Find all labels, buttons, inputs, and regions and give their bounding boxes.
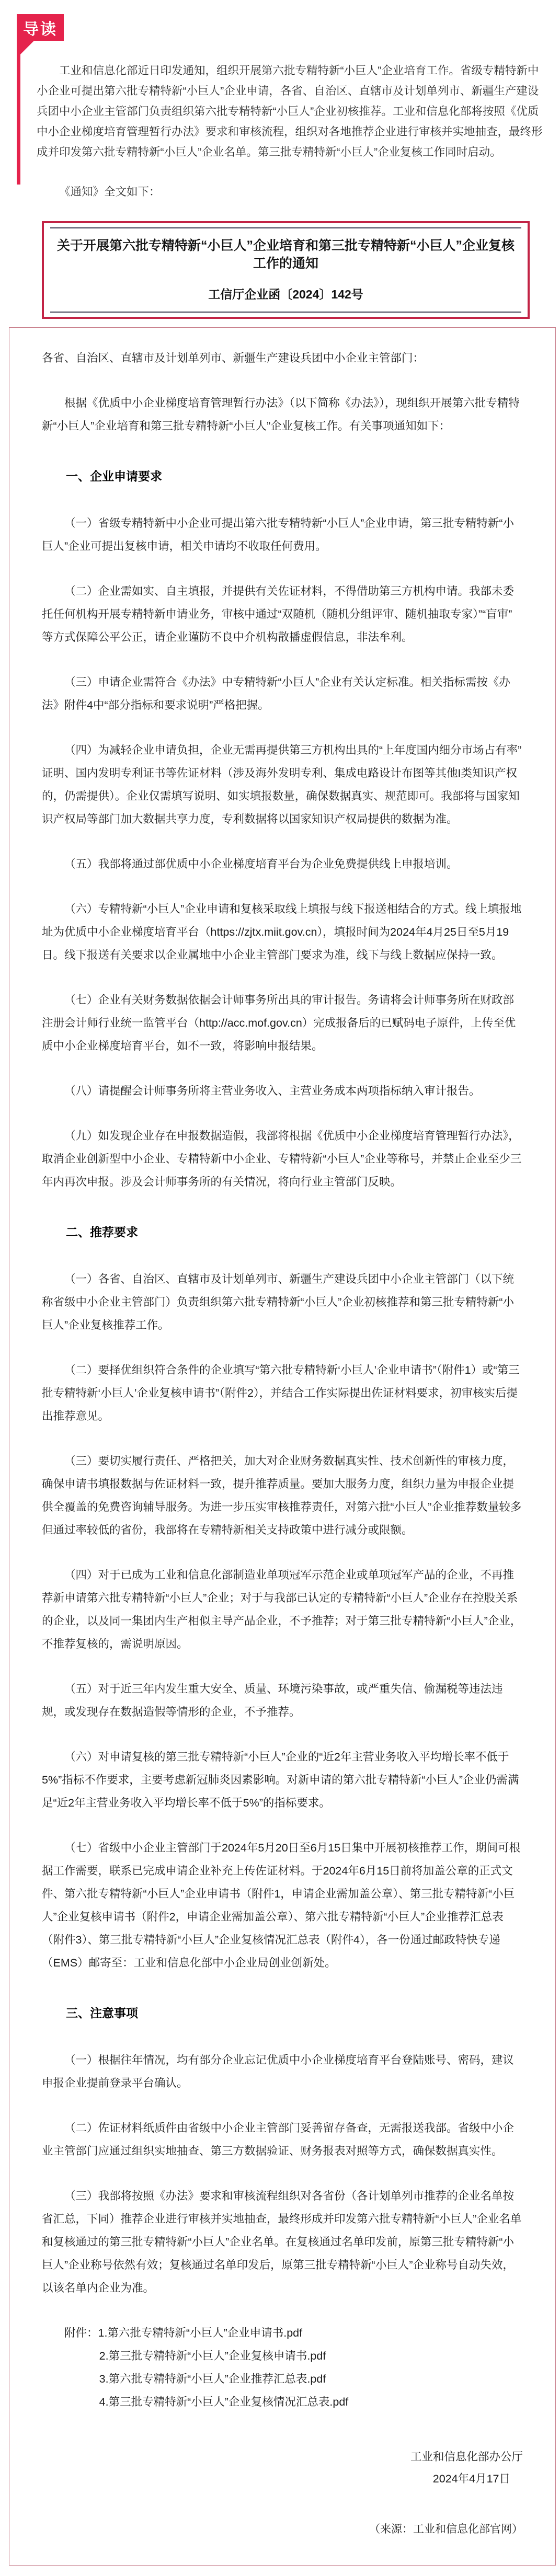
notice-paragraph: （四）为减轻企业申请负担，企业无需再提供第三方机构出具的“上年度国内细分市场占有… [42, 739, 523, 831]
lead-badge-label: 导读 [23, 16, 58, 39]
notice-paragraph: （七）企业有关财务数据依据会计师事务所出具的审计报告。务请将会计师事务所在财政部… [42, 988, 523, 1057]
notice-paragraph: （一）省级专精特新中小企业可提出第六批专精特新“小巨人”企业申请，第三批专精特新… [42, 512, 523, 558]
attachment-item: 附件：1.第六批专精特新“小巨人”企业申请书.pdf [42, 2321, 523, 2344]
source-line: （来源：工业和信息化部官网） [42, 2518, 523, 2541]
notice-body-box: 各省、自治区、直辖市及计划单列市、新疆生产建设兵团中小企业主管部门： 根据《优质… [9, 327, 556, 2566]
notice-title: 关于开展第六批专精特新“小巨人”企业培育和第三批专精特新“小巨人”企业复核工作的… [55, 237, 516, 272]
lead-badge: 导读 [17, 14, 64, 41]
notice-paragraph: （一）根据往年情况，均有部分企业忘记优质中小企业梯度培育平台登陆账号、密码，建议… [42, 2049, 523, 2095]
notice-paragraph: （二）要择优组织符合条件的企业填写“第六批专精特新‘小巨人’企业申请书”（附件1… [42, 1359, 523, 1428]
notice-title-inner: 关于开展第六批专精特新“小巨人”企业培育和第三批专精特新“小巨人”企业复核工作的… [50, 227, 521, 313]
lead-ribbon-fold [20, 41, 34, 54]
notice-title-box: 关于开展第六批专精特新“小巨人”企业培育和第三批专精特新“小巨人”企业复核工作的… [42, 221, 530, 319]
notice-paragraph: （二）企业需如实、自主填报，并提供有关佐证材料，不得借助第三方机构申请。我部未委… [42, 580, 523, 649]
notice-paragraph: （三）申请企业需符合《办法》中专精特新“小巨人”企业有关认定标准。相关指标需按《… [42, 671, 523, 717]
attachment-item: 2.第三批专精特新“小巨人”企业复核申请书.pdf [99, 2344, 523, 2367]
notice-paragraph: （九）如发现企业存在申报数据造假，我部将根据《优质中小企业梯度培育管理暂行办法》… [42, 1124, 523, 1193]
notice-article-page: 导读 工业和信息化部近日印发通知，组织开展第六批专精特新“小巨人”企业培育工作。… [0, 0, 560, 2566]
notice-paragraph: （五）我部将通过部优质中小企业梯度培育平台为企业免费提供线上申报培训。 [42, 853, 523, 876]
notice-paragraph: （七）省级中小企业主管部门于2024年5月20日至6月15日集中开展初核推荐工作… [42, 1836, 523, 1974]
notice-paragraph: （六）专精特新“小巨人”企业申请和复核采取线上填报与线下报送相结合的方式。线上填… [42, 898, 523, 967]
notice-paragraph: （五）对于近三年内发生重大安全、质量、环境污染事故，或严重失信、偷漏税等违法违规… [42, 1677, 523, 1723]
salutation: 各省、自治区、直辖市及计划单列市、新疆生产建设兵团中小企业主管部门： [42, 347, 523, 370]
notice-paragraph: （三）要切实履行责任、严格把关，加大对企业财务数据真实性、技术创新性的审核力度，… [42, 1450, 523, 1542]
doc-number: 工信厅企业函〔2024〕142号 [55, 285, 516, 302]
section-heading-3: 三、注意事项 [42, 2002, 523, 2025]
notice-paragraph: （四）对于已成为工业和信息化部制造业单项冠军示范企业或单项冠军产品的企业，不再推… [42, 1563, 523, 1655]
signature-block: 工业和信息化部办公厅 2024年4月17日 [42, 2446, 523, 2490]
notice-paragraph: （六）对申请复核的第三批专精特新“小巨人”企业的“近2年主营业务收入平均增长率不… [42, 1745, 523, 1814]
attachment-item: 3.第六批专精特新“小巨人”企业推荐汇总表.pdf [99, 2367, 523, 2390]
section-heading-1: 一、企业申请要求 [42, 465, 523, 488]
notice-paragraph: （三）我部将按照《办法》要求和审核流程组织对各省份（各计划单列市推荐的企业名单按… [42, 2184, 523, 2299]
section-heading-2: 二、推荐要求 [42, 1221, 523, 1244]
attachments-list: 附件：1.第六批专精特新“小巨人”企业申请书.pdf 2.第三批专精特新“小巨人… [42, 2321, 523, 2413]
intro-paragraph: 工业和信息化部近日印发通知，组织开展第六批专精特新“小巨人”企业培育工作。省级专… [37, 61, 543, 163]
notice-paragraph: （一）各省、自治区、直辖市及计划单列市、新疆生产建设兵团中小企业主管部门（以下统… [42, 1268, 523, 1337]
notice-lead: 《通知》全文如下： [37, 182, 543, 202]
attachment-item: 4.第三批专精特新“小巨人”企业复核情况汇总表.pdf [99, 2390, 523, 2413]
notice-paragraph: （二）佐证材料纸质件由省级中小企业主管部门妥善留存备查，无需报送我部。省级中小企… [42, 2117, 523, 2163]
intro-section: 工业和信息化部近日印发通知，组织开展第六批专精特新“小巨人”企业培育工作。省级专… [0, 0, 560, 202]
preamble: 根据《优质中小企业梯度培育管理暂行办法》（以下简称《办法》），现组织开展第六批专… [42, 392, 523, 438]
signature-org: 工业和信息化部办公厅 [42, 2446, 523, 2468]
notice-paragraph: （八）请提醒会计师事务所将主营业务收入、主营业务成本两项指标纳入审计报告。 [42, 1079, 523, 1102]
signature-date: 2024年4月17日 [42, 2468, 523, 2490]
